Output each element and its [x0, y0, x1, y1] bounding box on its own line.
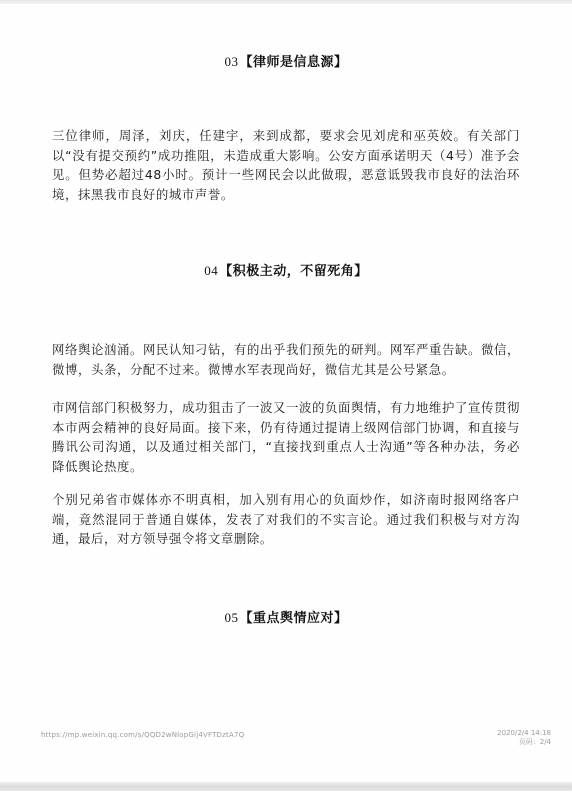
section-heading-03: 03【律师是信息源】 [0, 51, 572, 70]
section-heading-04: 04【积极主动，不留死角】 [0, 260, 572, 279]
footer-meta: 2020/2/4 14:18 页码：2/4 [497, 729, 551, 747]
section-title: 【律师是信息源】 [239, 55, 347, 70]
footer-page-number: 页码：2/4 [497, 738, 551, 747]
paragraph-cyberspace-office: 市网信部门积极努力，成功狙击了一波又一波的负面舆情，有力地维护了宣传贯彻本市两会… [52, 398, 520, 476]
paragraph-public-opinion: 网络舆论汹涌。网民认知刁钻，有的出乎我们预先的研判。网军严重告缺。微信，微博，头… [52, 340, 520, 379]
bottom-edge [0, 782, 572, 791]
section-number: 03 [224, 54, 238, 69]
footer-url: https://mp.weixin.qq.com/s/QQD2wNlopGij4… [41, 731, 244, 739]
section-number: 04 [204, 263, 218, 278]
section-title: 【积极主动，不留死角】 [219, 264, 368, 279]
paragraph-lawyers: 三位律师，周泽，刘庆，任建宇，来到成都，要求会见刘虎和巫英姣。有关部门以“没有提… [52, 126, 520, 204]
section-title: 【重点舆情应对】 [239, 611, 347, 626]
paragraph-media: 个别兄弟省市媒体亦不明真相，加入别有用心的负面炒作，如济南时报网络客户端，竟然混… [52, 490, 520, 549]
footer-datetime: 2020/2/4 14:18 [497, 729, 551, 738]
document-page: 03【律师是信息源】 三位律师，周泽，刘庆，任建宇，来到成都，要求会见刘虎和巫英… [0, 4, 572, 782]
section-heading-05: 05【重点舆情应对】 [0, 607, 572, 626]
section-number: 05 [224, 610, 238, 625]
